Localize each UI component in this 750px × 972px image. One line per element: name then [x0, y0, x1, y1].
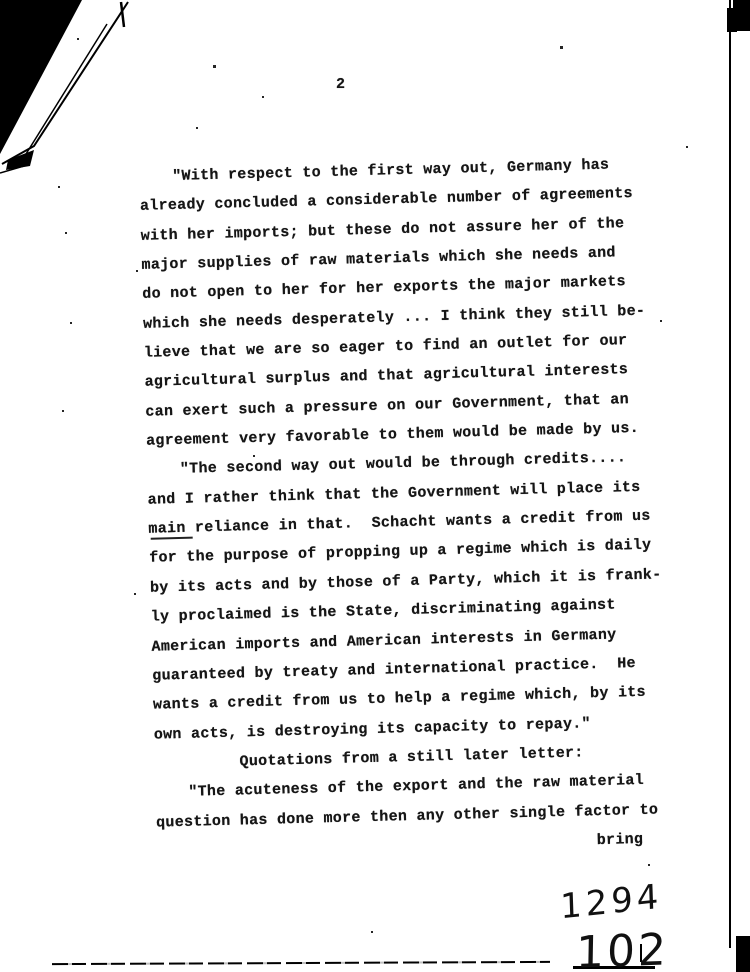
page-number: 2 — [336, 76, 345, 93]
scan-bottom-line — [52, 961, 550, 965]
handwritten-number-bottom: 102 — [576, 924, 670, 972]
typed-text-block: "With respect to the first way out, Germ… — [139, 149, 673, 867]
handwritten-number-top: 1294 — [560, 877, 663, 928]
scan-edge-line — [729, 0, 731, 948]
scan-corner-mark-top-right-2 — [727, 8, 737, 32]
scanned-document-page: 2 "With respect to the first way out, Ge… — [0, 0, 750, 972]
scan-corner-mark-bottom-right — [736, 936, 750, 972]
